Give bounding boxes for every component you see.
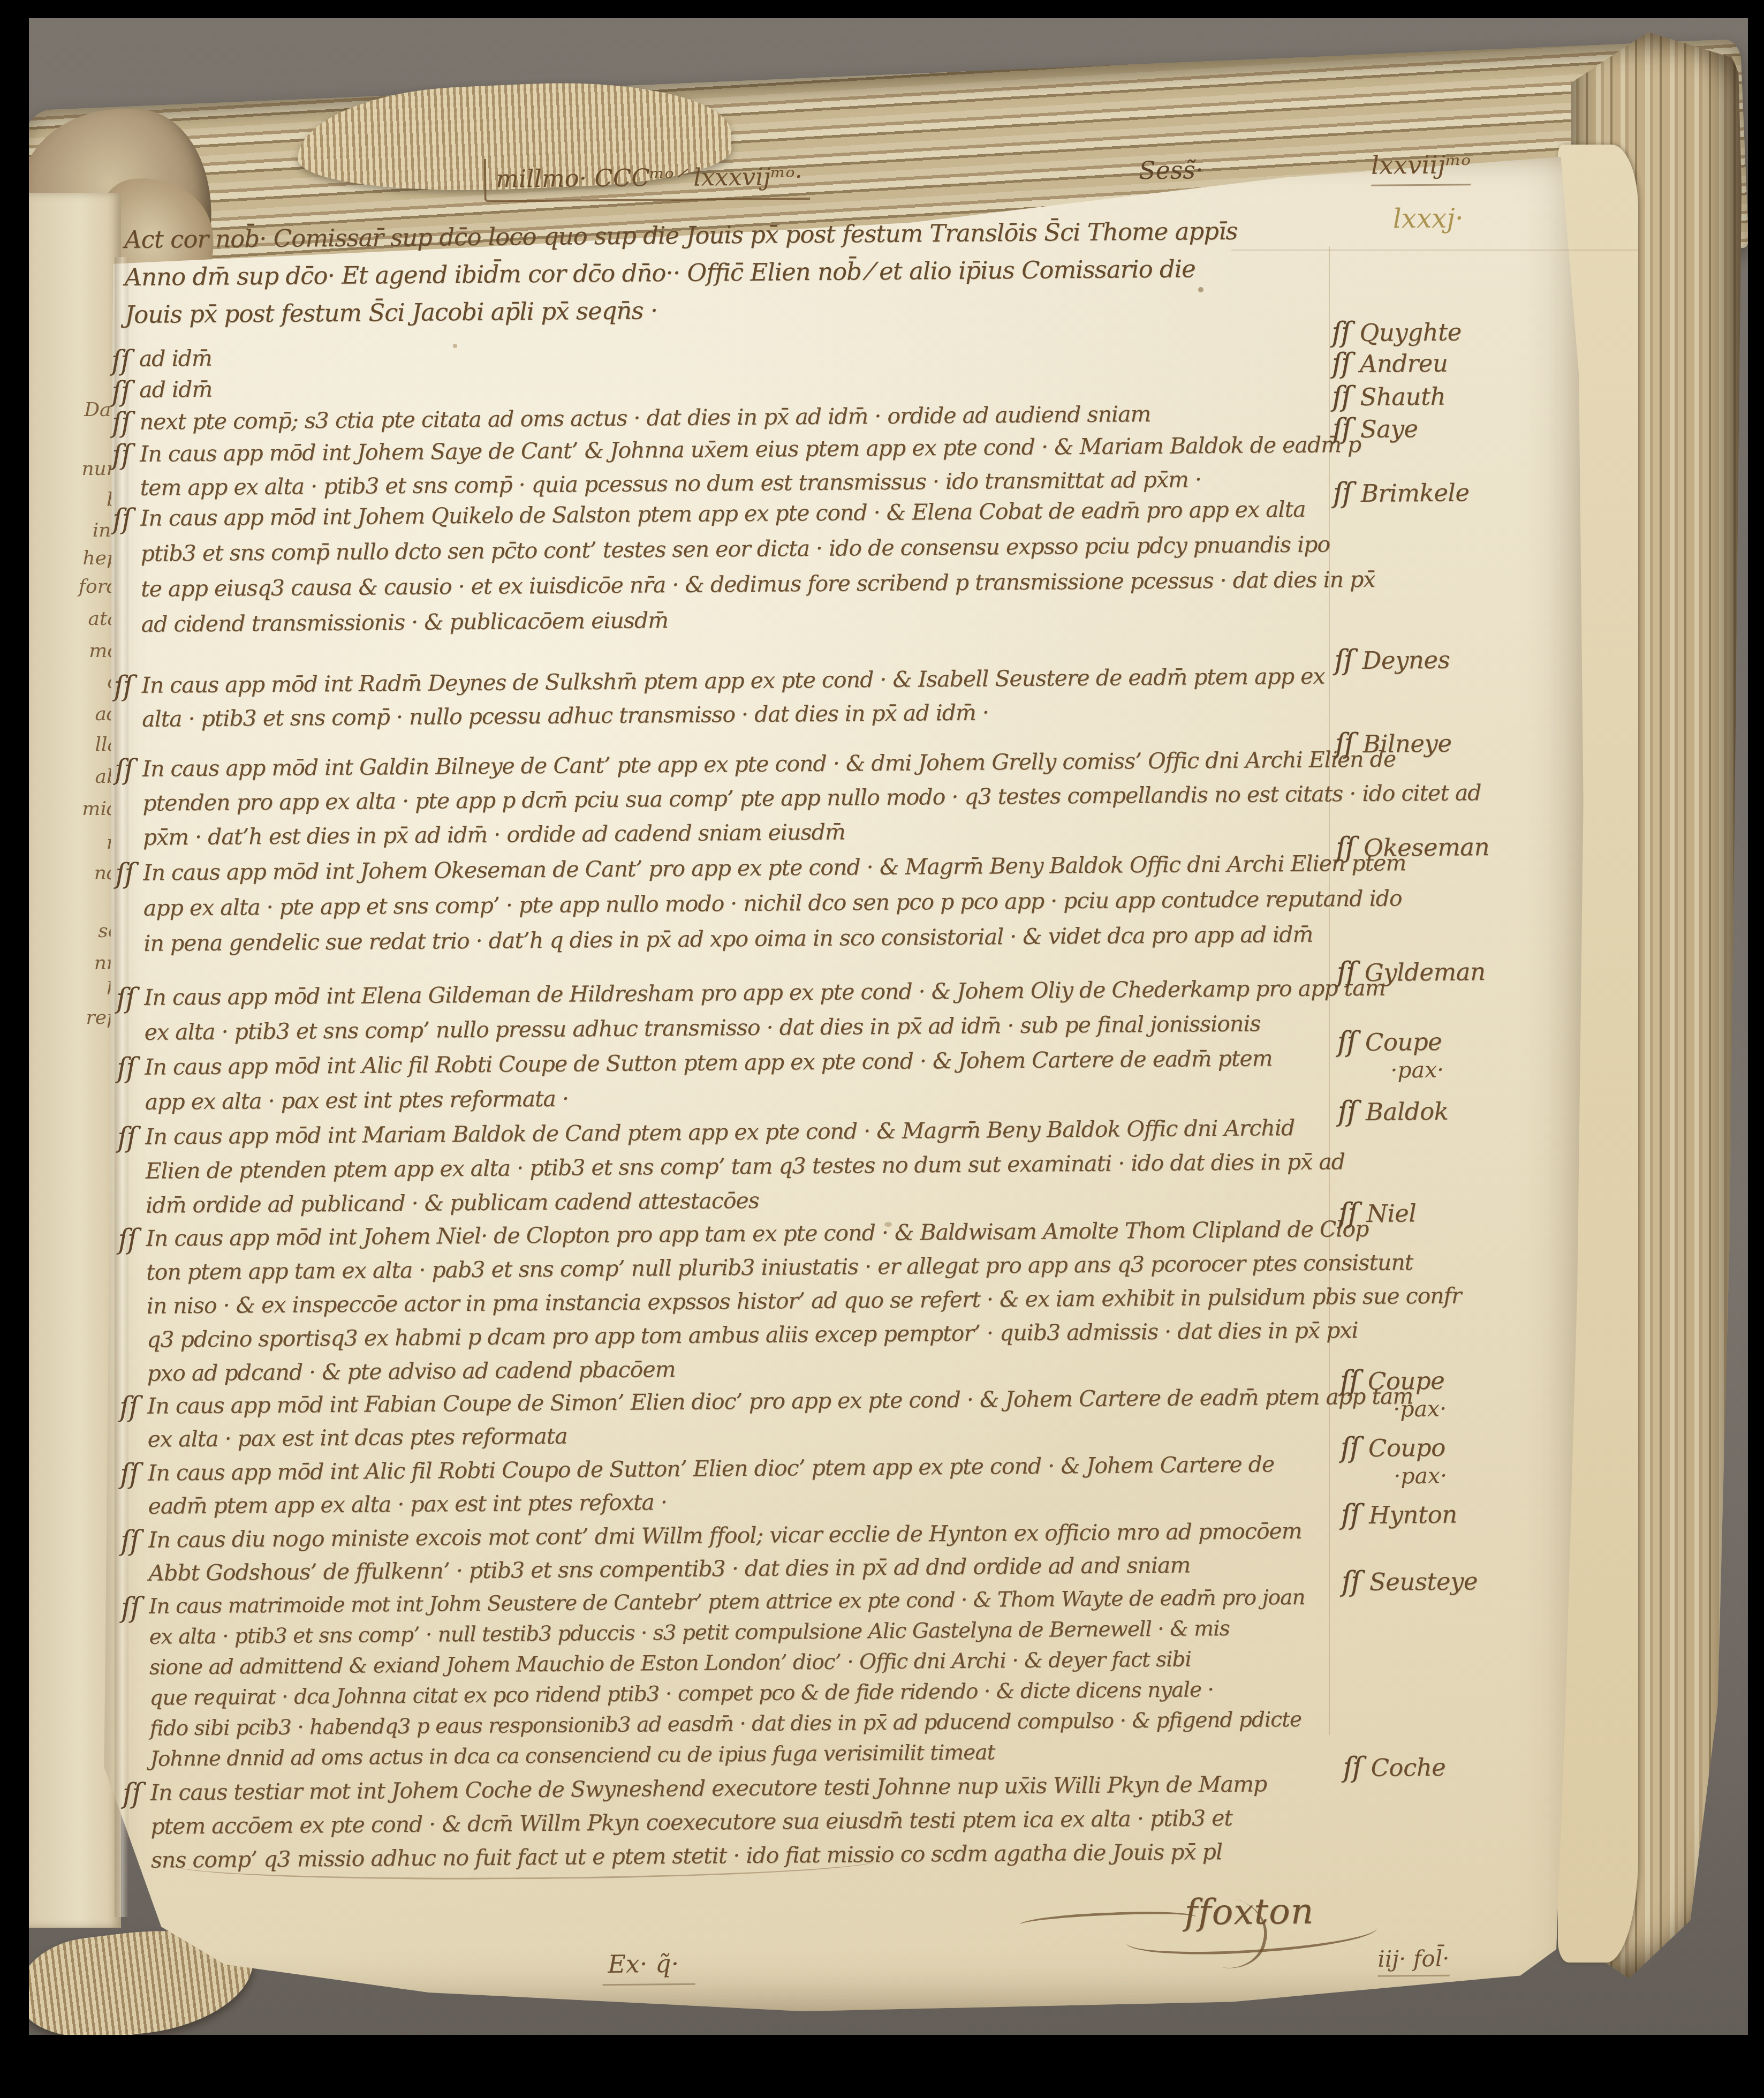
paragraph-mark: ſſ [1338, 1197, 1357, 1229]
margin-case-name: Coupeſſ [1365, 1028, 1442, 1056]
entry-line: eadm̄ ptem app ex alta · pax est int pte… [148, 1491, 667, 1518]
entry-line: In caus app mōd int Johem Okeseman de C… [143, 852, 1406, 884]
paragraph-mark: ſſ [1332, 348, 1351, 380]
entry-line: alta · ptib3 et sns comp̄ · nullo pcessu… [142, 701, 989, 730]
entry-line: In caus diu nogo ministe excois mot cont… [148, 1520, 1302, 1551]
entry-line: In caus app mōd int Johem Quikelo de Sa… [140, 499, 1306, 530]
margin-case-name: Andreuſſ [1360, 349, 1448, 378]
margin-case-name: Brimkeleſſ [1361, 478, 1470, 508]
entry-line: In caus app mōd int Radm̄ Deynes de Sul… [141, 665, 1324, 696]
paragraph-mark: ſſ [1335, 728, 1353, 760]
paragraph-mark: ſſ [119, 1391, 138, 1423]
year-heading: millmo· CCCᵐᵒ⸍ lxxxvijᵐᵒ· [484, 156, 810, 202]
entry-line: In caus app mōd int Galdin Bilneye de C… [142, 748, 1396, 780]
page-text-layer: millmo· CCCᵐᵒ⸍ lxxxvijᵐᵒ· Sess̃· lxxviij… [0, 0, 1764, 2098]
paragraph-mark: ſſ [112, 503, 131, 535]
entry-line: tem app ex alta · ptib3 et sns comp̄ · q… [140, 469, 1202, 499]
margin-case-name: Coupoſſ [1368, 1433, 1445, 1462]
entry-line: In caus app mōd int Johem Niel· de Clop… [146, 1218, 1369, 1250]
margin-case-name: Sayeſſ [1360, 414, 1418, 443]
paragraph-mark: ſſ [112, 439, 131, 471]
entry-line: te app eiusq3 causa & causio · et ex iui… [141, 569, 1375, 600]
entry-line: que requirat · dca Johnna citat ex pco r… [149, 1679, 1214, 1709]
paragraph-mark: ſſ [1334, 644, 1353, 676]
paragraph-mark: ſſ [117, 1052, 135, 1084]
entry-line: ad cidend transmissionis · & publicacōem… [141, 609, 669, 636]
paragraph-mark: ſſ [118, 1224, 137, 1256]
margin-case-name: Gyldemanſſ [1365, 957, 1486, 987]
entry-line: ex alta · ptib3 et sns comp’ nullo press… [145, 1013, 1261, 1043]
paragraph-mark: ſſ [120, 1458, 139, 1490]
photo-frame-top [0, 0, 1764, 18]
margin-case-name: Okesemanſſ [1364, 833, 1489, 862]
entry-line: Elien de ptenden ptem app ex alta · ptib… [146, 1151, 1345, 1182]
margin-case-name: Deynesſſ [1362, 646, 1450, 675]
entry-line: in pena gendelic sue redat trio · dat’h … [143, 924, 1313, 955]
folio-number-old: lxxviijᵐᵒ [1371, 150, 1471, 186]
entry-line: px̄m · dat’h est dies in px̄ ad idm̄ · o… [143, 821, 845, 849]
entry-line: ex alta · ptib3 et sns comp’ · null test… [149, 1618, 1229, 1648]
entry-line: ptenden pro app ex alta · pte app p dcm̄… [142, 782, 1481, 814]
paragraph-mark: ſſ [1342, 1566, 1360, 1598]
margin-case-name: Quyghteſſ [1359, 318, 1462, 346]
entry-line: Johnne dnnid ad oms actus in dca ca cons… [150, 1742, 995, 1769]
margin-case-name: Cocheſſ [1371, 1753, 1445, 1782]
opening-line: Jouis px̄ post festum S̄ci Jacobi ap̄li … [125, 298, 657, 327]
paragraph-mark: ſſ [113, 670, 132, 703]
entry-line: q3 pdcino sportisq3 ex habmi p dcam pro … [147, 1319, 1358, 1351]
margin-case-name: Hyntonſſ [1369, 1500, 1457, 1529]
paragraph-mark: ſſ [1340, 1365, 1359, 1397]
paragraph-mark: ſſ [121, 1592, 140, 1624]
entry-line: sione ad admittend & exiand Johem Mauchi… [149, 1649, 1191, 1678]
entry-line: app ex alta · pte app et sns comp’ · pte… [143, 887, 1402, 919]
folio-number-new: lxxxj· [1393, 202, 1464, 234]
entry-line: In caus testiar mot int Johem Coche de S… [150, 1773, 1267, 1803]
entry-line: In caus app mōd int Mariam Baldok de Ca… [145, 1117, 1294, 1148]
margin-case-name: Shauthſſ [1360, 382, 1445, 411]
entry-line: in niso · & ex inspeccōe actor in pma in… [147, 1285, 1462, 1317]
paragraph-mark: ſſ [112, 407, 131, 439]
paragraph-mark: ſſ [117, 1122, 136, 1154]
paragraph-mark: ſſ [1343, 1752, 1361, 1784]
entry-line: ptem accōem ex pte cond · & dcm̄ Willm P… [150, 1807, 1232, 1838]
entry-line: In caus matrimoide mot int Johm Seustere… [149, 1587, 1305, 1617]
paragraph-mark: ſſ [1338, 1096, 1357, 1128]
memorandum-line: ad idm̄ [139, 379, 212, 401]
margin-case-note: ·pax· [1393, 1396, 1447, 1422]
opening-line: Anno dm̄ sup dc̄o· Et agend ibid̄m cor d… [124, 256, 1195, 289]
entry-line: ex alta · pax est int dcas ptes reformat… [147, 1425, 567, 1451]
margin-case-note: ·pax· [1390, 1057, 1444, 1083]
paragraph-mark: ſſ [1337, 956, 1356, 988]
margin-case-note: ·pax· [1394, 1463, 1447, 1489]
entry-line: In caus app mōd int Fabian Coupe de Sim… [147, 1385, 1413, 1417]
entry-line: ptib3 et sns comp̄ nullo dcto sen pc̄to … [141, 533, 1330, 564]
paragraph-mark: ſſ [1337, 1026, 1356, 1058]
paragraph-mark: ſſ [123, 1778, 141, 1810]
margin-case-name: Coupeſſ [1368, 1367, 1445, 1395]
entry-line: Abbt Godshous’ de ffulkenn’ · ptib3 et s… [148, 1554, 1190, 1584]
entry-line: pxo ad pdcand · & pte adviso ad cadend p… [147, 1359, 676, 1385]
entry-line: app ex alta · pax est int ptes reformata… [145, 1088, 569, 1113]
paragraph-mark: ſſ [1333, 413, 1351, 445]
paragraph-mark: ſſ [1336, 832, 1354, 864]
margin-case-name: Baldokſſ [1366, 1097, 1449, 1126]
manuscript-photograph: Datnunbinthepfordatamooadllaabmidnndscnn… [0, 0, 1764, 2098]
paragraph-mark: ſſ [111, 345, 130, 377]
paragraph-mark: ſſ [1341, 1432, 1359, 1464]
paragraph-mark: ſſ [111, 376, 130, 408]
margin-case-name: Nielſſ [1366, 1199, 1416, 1228]
session-mark: Sess̃· [1139, 155, 1203, 185]
margin-case-name: Bilneyeſſ [1362, 729, 1451, 758]
entry-line: fido sibi pcib3 · habendq3 p eaus respon… [150, 1709, 1301, 1739]
photo-frame-right [1748, 0, 1764, 2098]
opening-line: Act cor nob̄· Comissar̄ sup dc̄o loco qu… [124, 219, 1238, 252]
quire-mark: Ex· q̃· [602, 1949, 695, 1986]
paragraph-mark: ſſ [120, 1525, 139, 1557]
paragraph-mark: ſſ [1333, 477, 1352, 509]
entry-line: next pte comp̄; s3 ctia pte citata ad om… [140, 403, 1151, 433]
entry-line: ton ptem app tam ex alta · pab3 et sns c… [146, 1251, 1413, 1284]
folio-count-note: iij· fol̄· [1377, 1945, 1450, 1977]
paragraph-mark: ſſ [115, 858, 134, 890]
photo-frame-bottom [0, 2035, 1764, 2098]
paragraph-mark: ſſ [115, 754, 133, 786]
entry-line: In caus app mōd int Alic fil Robti Coup… [145, 1047, 1273, 1078]
entry-line: In caus app mōd int Alic fil Robti Coup… [148, 1453, 1274, 1484]
entry-line: In caus app mōd int Elena Gildeman de H… [144, 977, 1386, 1009]
registrar-signature: ffoxton [1184, 1891, 1314, 1933]
paragraph-mark: ſſ [1341, 1499, 1360, 1531]
paragraph-mark: ſſ [1331, 316, 1350, 349]
paragraph-mark: ſſ [116, 983, 135, 1015]
entry-line: In caus app mōd int Johem Saye de Cant’… [140, 434, 1361, 465]
margin-case-name: Seusteyeſſ [1369, 1567, 1478, 1596]
paragraph-mark: ſſ [1332, 381, 1351, 413]
photo-frame-left [0, 0, 29, 2098]
memorandum-line: ad idm̄ [139, 348, 212, 370]
entry-line: idm̄ ordide ad publicand · & publicam ca… [146, 1190, 759, 1217]
